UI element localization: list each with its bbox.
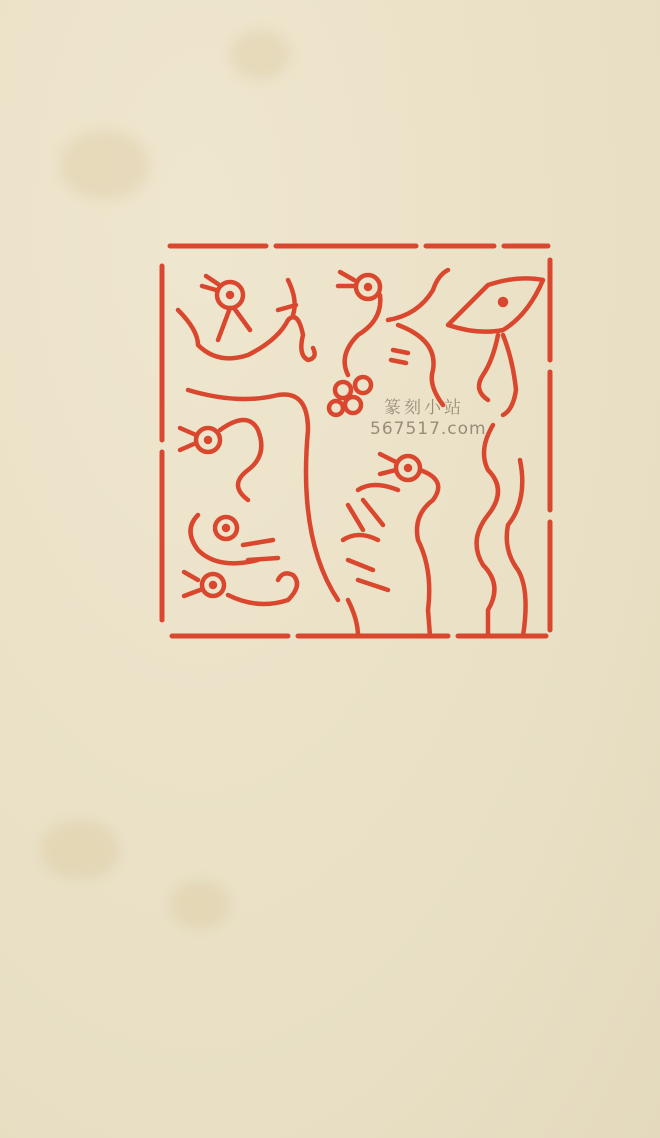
bird-glyph-top-middle [329,270,448,415]
paper-stain [230,30,290,80]
bird-glyph-lower-middle [343,454,438,636]
paper-stain [60,130,150,200]
paper-stain [170,880,230,930]
bird-glyph-left-column [180,390,338,604]
watermark-title: 篆刻小站 [384,398,487,419]
bird-glyph-top-left [178,276,315,360]
bird-glyph-right [448,278,543,636]
seal-impression [158,240,554,640]
watermark-url: 567517.com [370,419,487,440]
watermark: 篆刻小站 567517.com [384,398,487,441]
paper-stain [40,820,120,880]
